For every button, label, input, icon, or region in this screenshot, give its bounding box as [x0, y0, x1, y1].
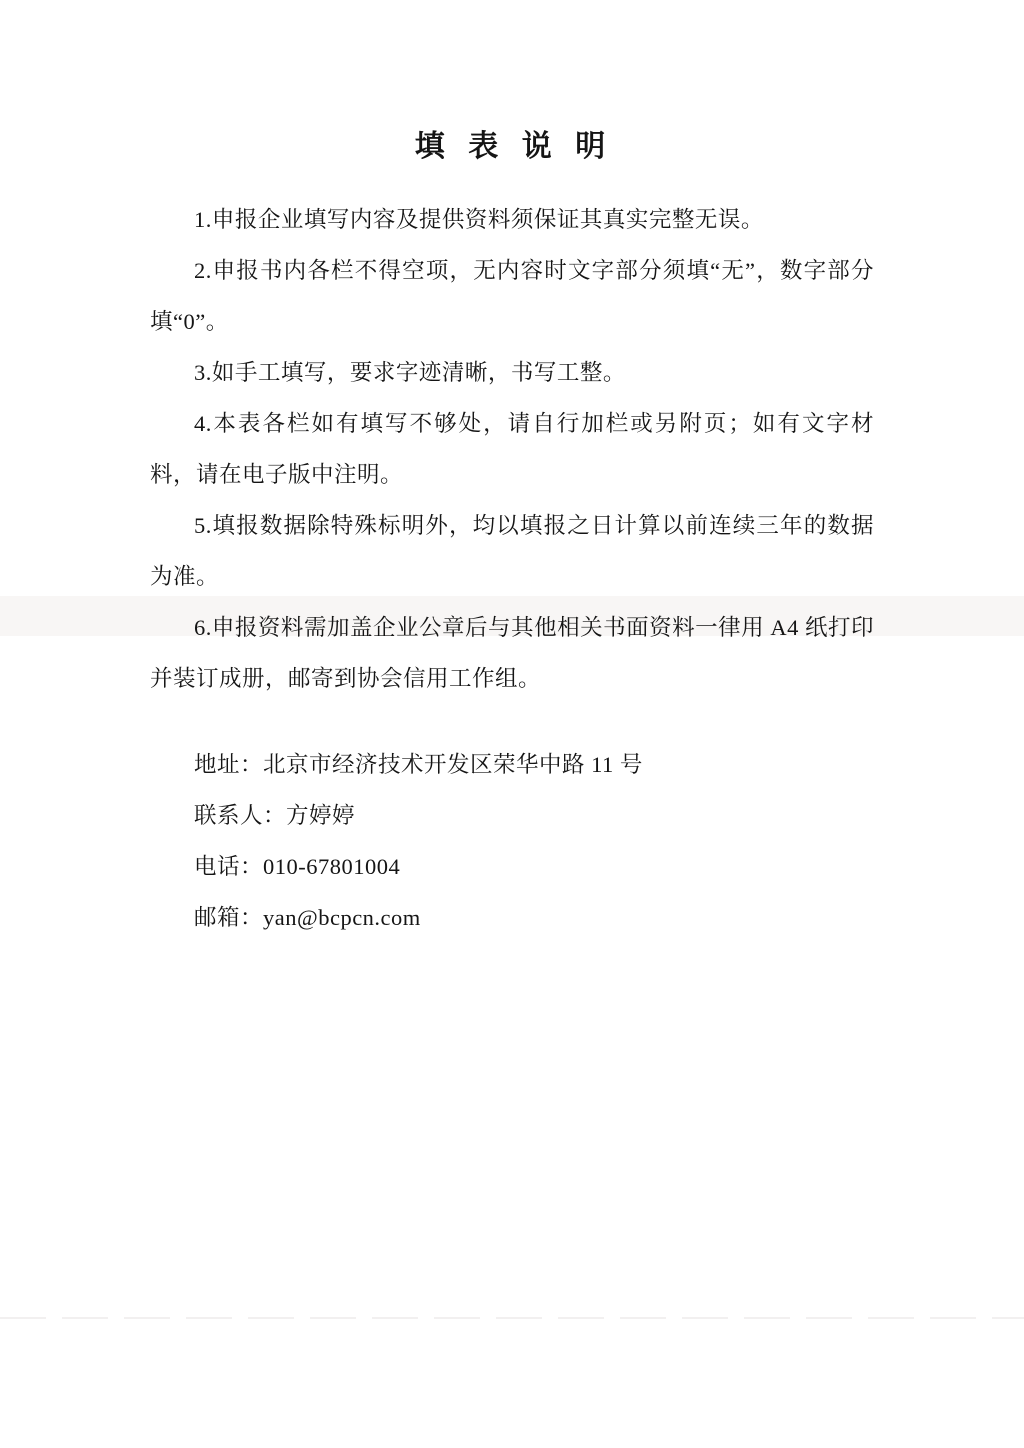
- contact-line-person: 联系人：方婷婷: [150, 790, 874, 841]
- dashed-divider: [0, 1317, 1024, 1319]
- contact-block: 地址：北京市经济技术开发区荣华中路 11 号 联系人：方婷婷 电话：010-67…: [150, 739, 874, 943]
- instruction-item-3: 3.如手工填写，要求字迹清晰，书写工整。: [150, 347, 874, 398]
- instructions-list: 1.申报企业填写内容及提供资料须保证其真实完整无误。 2.申报书内各栏不得空项，…: [150, 194, 874, 704]
- contact-line-address: 地址：北京市经济技术开发区荣华中路 11 号: [150, 739, 874, 790]
- instruction-item-6: 6.申报资料需加盖企业公章后与其他相关书面资料一律用 A4 纸打印并装订成册，邮…: [150, 602, 874, 704]
- page-title: 填 表 说 明: [150, 0, 874, 166]
- instruction-item-5: 5.填报数据除特殊标明外，均以填报之日计算以前连续三年的数据为准。: [150, 500, 874, 602]
- contact-line-phone: 电话：010-67801004: [150, 841, 874, 892]
- contact-line-email: 邮箱：yan@bcpcn.com: [150, 892, 874, 943]
- document-page: 填 表 说 明 1.申报企业填写内容及提供资料须保证其真实完整无误。 2.申报书…: [0, 0, 1024, 1448]
- instruction-item-4: 4.本表各栏如有填写不够处，请自行加栏或另附页；如有文字材料，请在电子版中注明。: [150, 398, 874, 500]
- instruction-item-2: 2.申报书内各栏不得空项，无内容时文字部分须填“无”，数字部分填“0”。: [150, 245, 874, 347]
- instruction-item-1: 1.申报企业填写内容及提供资料须保证其真实完整无误。: [150, 194, 874, 245]
- page-content: 填 表 说 明 1.申报企业填写内容及提供资料须保证其真实完整无误。 2.申报书…: [0, 0, 1024, 943]
